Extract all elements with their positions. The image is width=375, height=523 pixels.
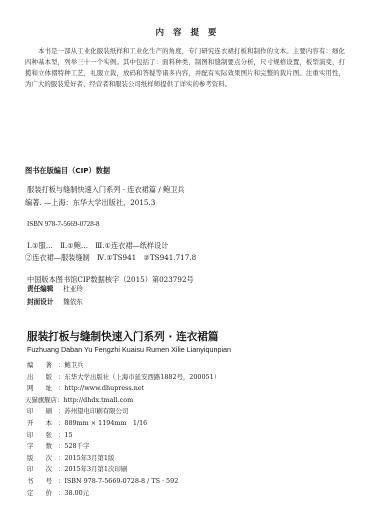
colophon-value: 38.00元 xyxy=(64,489,89,497)
cip-line-2: 编著. —上海：东华大学出版社，2015.3 xyxy=(25,197,265,210)
cip-classification-2: ②连衣裙—服装缝制 Ⅳ.①TS941 ②TS941.717.8 xyxy=(25,252,265,265)
colophon-value: 鲍卫兵 xyxy=(64,361,83,369)
colophon-label: 网址 xyxy=(27,383,52,395)
colophon-value: 2015年3月第1版 xyxy=(64,454,114,462)
credit-value: 魏依东 xyxy=(63,298,83,306)
cip-isbn: ISBN 978-7-5669-0728-8 xyxy=(25,218,265,231)
credit-row-editor: 责任编辑 杜亚玲 xyxy=(27,283,83,296)
colophon-row: 印张：15 xyxy=(27,430,220,442)
colophon-label: 版次 xyxy=(27,453,52,465)
abstract-text: 本书是一部从工业化服装纸样和工业化生产的角度，专门研究连衣裙打板和制作的文本。主… xyxy=(25,46,345,90)
colophon-label: 编著 xyxy=(27,360,52,372)
colophon-row: 网址：http://www.dhupress.net xyxy=(27,383,220,395)
book-title: 服装打板与缝制快速入门系列 · 连衣裙篇 xyxy=(27,329,219,344)
colophon-row: 字数：528千字 xyxy=(27,441,220,453)
colophon-label: 天猫旗舰店 xyxy=(25,395,57,407)
colophon-row: 版次：2015年3月第1版 xyxy=(27,453,220,465)
colophon-value: 东华大学出版社（上海市延安西路1882号，200051） xyxy=(64,373,220,381)
cip-heading: 图书在版编目（CIP）数据 xyxy=(25,166,110,176)
credit-label: 责任编辑 xyxy=(27,283,61,296)
colophon-label: 书号 xyxy=(27,476,52,488)
credit-label: 封面设计 xyxy=(27,296,61,309)
colophon-row: 天猫旗舰店：http://dhdx.tmall.com xyxy=(25,395,220,407)
colophon-label: 印刷 xyxy=(27,406,52,418)
colophon-row: 印刷：苏州望电印刷有限公司 xyxy=(27,406,220,418)
colophon-row: 书号：ISBN 978-7-5669-0728-8 / TS · 592 xyxy=(27,476,220,488)
book-title-pinyin: Fuzhuang Daban Yu Fengzhi Kuaisu Rumen X… xyxy=(27,345,231,354)
colophon-label: 印张 xyxy=(27,430,52,442)
colophon-value: 528千字 xyxy=(64,442,89,450)
cip-line-1: 服装打板与缝制快速入门系列 · 连衣裙篇 / 鲍卫兵 xyxy=(25,184,265,197)
bleed-through-mark xyxy=(205,486,275,510)
colophon-label: 定价 xyxy=(27,488,52,500)
colophon-row: 定价：38.00元 xyxy=(27,488,220,500)
colophon-row: 印次：2015年3月第1次印刷 xyxy=(27,464,220,476)
colophon-value: http://www.dhupress.net xyxy=(64,384,144,392)
credits-block: 责任编辑 杜亚玲 封面设计 魏依东 xyxy=(27,283,83,308)
abstract-heading: 内 容 提 要 xyxy=(0,26,375,38)
colophon-value: 15 xyxy=(64,431,72,439)
credit-value: 杜亚玲 xyxy=(63,285,83,293)
colophon-label: 印次 xyxy=(27,464,52,476)
credit-row-cover-design: 封面设计 魏依东 xyxy=(27,296,83,309)
cip-classification-1: Ⅰ.①服… Ⅱ.①鲍… Ⅲ.①连衣裙—纸样设计 xyxy=(25,240,265,253)
colophon-row: 出版：东华大学出版社（上海市延安西路1882号，200051） xyxy=(27,372,220,384)
colophon-label: 字数 xyxy=(27,441,52,453)
colophon-value: 苏州望电印刷有限公司 xyxy=(64,407,128,415)
colophon-value: http://dhdx.tmall.com xyxy=(63,396,133,404)
colophon-row: 开本：889mm × 1194mm 1/16 xyxy=(27,418,220,430)
colophon-value: ISBN 978-7-5669-0728-8 / TS · 592 xyxy=(64,477,178,485)
cip-data-block: 服装打板与缝制快速入门系列 · 连衣裙篇 / 鲍卫兵 编著. —上海：东华大学出… xyxy=(25,184,265,286)
colophon-label: 出版 xyxy=(27,372,52,384)
colophon-value: 889mm × 1194mm 1/16 xyxy=(64,419,147,427)
copyright-page: 内 容 提 要 本书是一部从工业化服装纸样和工业化生产的角度，专门研究连衣裙打板… xyxy=(0,0,375,523)
colophon-label: 开本 xyxy=(27,418,52,430)
colophon-row: 编著：鲍卫兵 xyxy=(27,360,220,372)
colophon-value: 2015年3月第1次印刷 xyxy=(64,465,127,473)
colophon-block: 编著：鲍卫兵 出版：东华大学出版社（上海市延安西路1882号，200051） 网… xyxy=(27,360,220,499)
